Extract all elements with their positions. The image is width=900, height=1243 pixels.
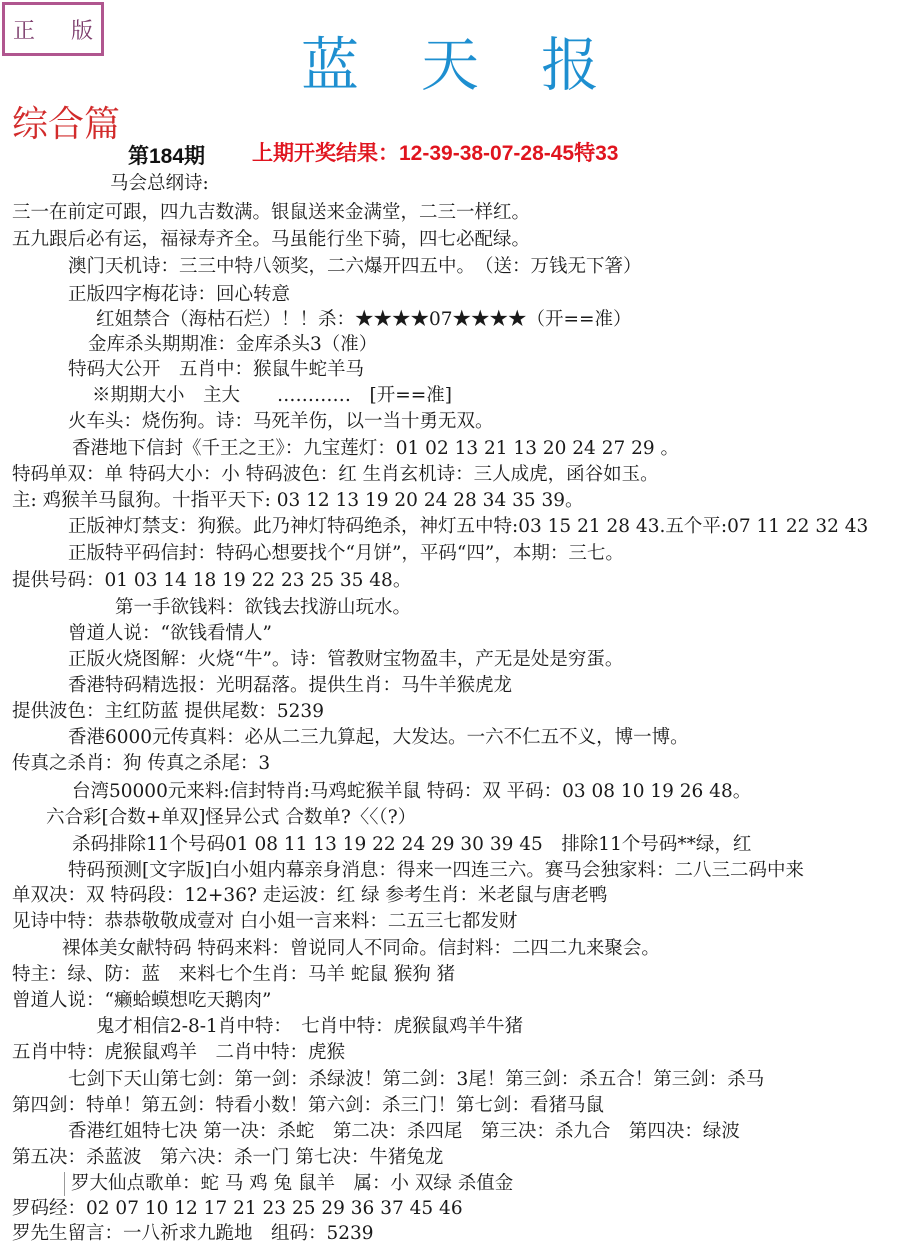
article-line: 马会总纲诗:	[110, 172, 209, 196]
last-draw-result: 上期开奖结果：12-39-38-07-28-45特33	[252, 137, 618, 167]
article-line: 火车头：烧伤狗。诗：马死羊伤，以一当十勇无双。	[68, 410, 494, 434]
article-line: 正版火烧图解：火烧“牛”。诗：管教财宝物盈丰，产无是处是穷蛋。	[68, 648, 623, 672]
article-line: 香港地下信封《千王之王》：九宝莲灯：01 02 13 21 13 20 24 2…	[72, 437, 679, 461]
article-line: 五肖中特：虎猴鼠鸡羊 二肖中特：虎猴	[12, 1041, 345, 1065]
article-line: 澳门天机诗：三三中特八领奖，二六爆开四五中。 （送：万钱无下箸）	[68, 255, 642, 279]
article-line: 正版神灯禁支：狗猴。此乃神灯特码绝杀，神灯五中特:03 15 21 28 43.…	[68, 515, 868, 539]
section-title: 综合篇	[12, 96, 120, 147]
article-line: 五九跟后必有运，福禄寿齐全。马虽能行坐下骑，四七必配绿。	[12, 228, 530, 252]
article-line: ※期期大小 主大 ………… [开==准]	[92, 384, 452, 408]
article-line: 提供号码：01 03 14 18 19 22 23 25 35 48。	[12, 569, 411, 593]
article-line: 单双决：双 特码段：12+36? 走运波：红 绿 参考生肖：米老鼠与唐老鸭	[12, 884, 608, 908]
article-line: 特码单双：单 特码大小：小 特码波色：红 生肖玄机诗：三人成虎，函谷如玉。	[12, 463, 659, 487]
masthead-title: 蓝天报	[0, 18, 900, 102]
article-line: 正版四字梅花诗：回心转意	[68, 283, 290, 307]
article-line: 特主：绿、防：蓝 来料七个生肖：马羊 蛇鼠 猴狗 猪	[12, 963, 455, 987]
article-line: 红姐禁合（海枯石烂）！！杀：★★★★07★★★★（开==准）	[96, 308, 632, 332]
article-line: 香港6000元传真料：必从二三九算起，大发达。一六不仁五不义，博一博。	[68, 726, 689, 750]
article-line: 第一手欲钱料：欲钱去找游山玩水。	[115, 596, 411, 620]
article-line: 香港特码精选报：光明磊落。提供生肖：马牛羊猴虎龙	[68, 674, 512, 698]
article-line: 主: 鸡猴羊马鼠狗。十指平天下: 03 12 13 19 20 24 28 34…	[12, 489, 584, 513]
article-line: 特码大公开 五肖中：猴鼠牛蛇羊马	[68, 358, 364, 382]
article-line: 曾道人说：“欲钱看情人”	[68, 622, 272, 646]
article-line: 见诗中特：恭恭敬敬成壹对 白小姐一言来料：二五三七都发财	[12, 910, 517, 934]
article-line: 罗先生留言：一八祈求九跪地 组码：5239	[12, 1222, 374, 1243]
article-line: 七剑下天山第七剑：第一剑：杀绿波！第二剑：3尾！第三剑：杀五合！第三剑：杀马	[68, 1068, 764, 1092]
article-line: 特码预测[文字版]白小姐内幕亲身消息：得来一四连三六。赛马会独家料：二八三二码中…	[68, 859, 804, 883]
article-line: 提供波色：主红防蓝 提供尾数：5239	[12, 700, 324, 724]
article-line: 六合彩[合数+单双]怪异公式 合数单?〈〈（?）	[46, 806, 416, 830]
article-line: 传真之杀肖：狗 传真之杀尾：3	[12, 752, 270, 776]
article-line: 第四剑：特单！第五剑：特看小数！第六剑：杀三门！第七剑：看猪马鼠	[12, 1094, 604, 1118]
article-line: 金库杀头期期准：金库杀头3（准）	[88, 333, 377, 357]
article-line: 罗码经：02 07 10 12 17 21 23 25 29 36 37 45 …	[12, 1197, 463, 1221]
article-line: 正版特平码信封：特码心想要找个“月饼”，平码“四”，本期：三七。	[68, 542, 624, 566]
issue-number: 第184期	[128, 140, 205, 170]
article-line: 三一在前定可跟，四九吉数满。银鼠送来金满堂，二三一样红。	[12, 201, 530, 225]
article-line: 曾道人说：“癞蛤蟆想吃天鹅肉”	[12, 989, 271, 1013]
article-line: 台湾50000元来料:信封特肖:马鸡蛇猴羊鼠 特码：双 平码：03 08 10 …	[72, 780, 751, 804]
article-line: 鬼才相信2-8-1肖中特： 七肖中特：虎猴鼠鸡羊牛猪	[96, 1015, 523, 1039]
article-line: 香港红姐特七决 第一决：杀蛇 第二决：杀四尾 第三决：杀九合 第四决：绿波	[68, 1120, 740, 1144]
article-line: 罗大仙点歌单：蛇 马 鸡 兔 鼠羊 属：小 双绿 杀值金	[64, 1172, 513, 1196]
article-line: 裸体美女献特码 特码来料：曾说同人不同命。信封料：二四二九来聚会。	[62, 937, 660, 961]
article-line: 杀码排除11个号码01 08 11 13 19 22 24 29 30 39 4…	[72, 833, 751, 857]
article-line: 第五决：杀蓝波 第六决：杀一门 第七决：牛猪兔龙	[12, 1146, 443, 1170]
